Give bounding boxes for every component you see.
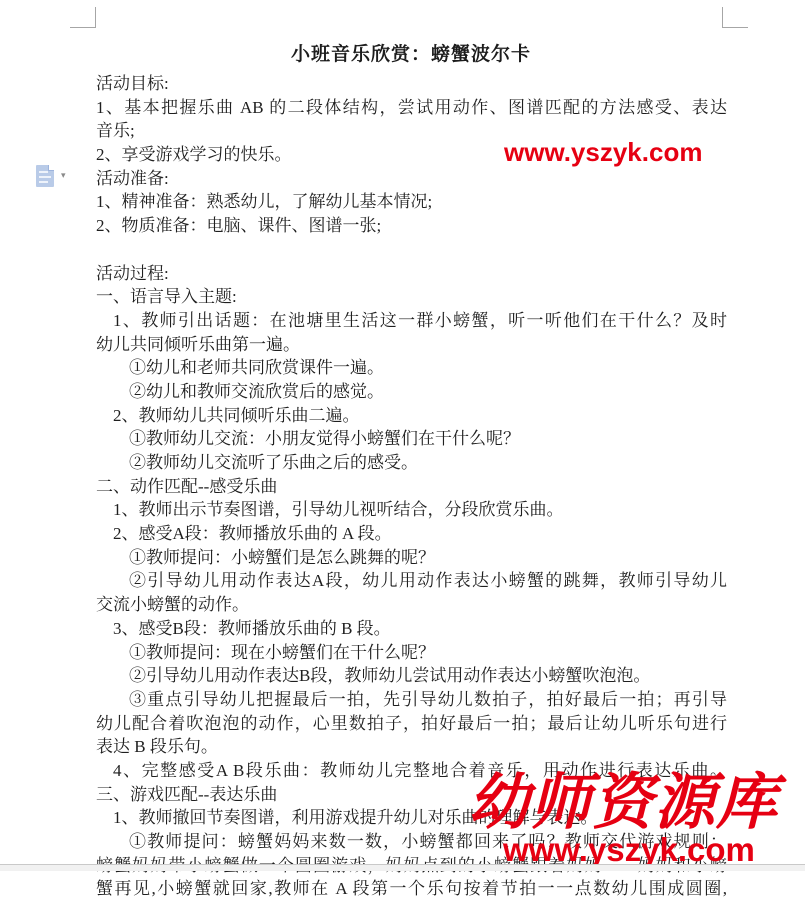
- text-line: ③重点引导幼儿把握最后一拍，先引导幼儿数拍子，拍好最后一拍；再引导: [96, 688, 727, 712]
- text-line: 活动准备:: [96, 167, 727, 191]
- text-line: ②引导幼儿用动作表达B段，教师幼儿尝试用动作表达小螃蟹吹泡泡。: [96, 664, 727, 688]
- text-line: [96, 238, 727, 262]
- page-bottom-edge: [0, 864, 805, 871]
- text-line: 活动过程:: [96, 262, 727, 286]
- paste-document-icon: [36, 165, 54, 187]
- text-line: 交流小螃蟹的动作。: [96, 593, 727, 617]
- text-line: 3、感受B段：教师播放乐曲的 B 段。: [96, 617, 727, 641]
- document-body-lines: 活动目标:1、基本把握乐曲 AB 的二段体结构，尝试用动作、图谱匹配的方法感受、…: [96, 72, 727, 871]
- text-line: 1、基本把握乐曲 AB 的二段体结构，尝试用动作、图谱匹配的方法感受、表达: [96, 96, 727, 120]
- text-line: ①幼儿和老师共同欣赏课件一遍。: [96, 356, 727, 380]
- document-title: 小班音乐欣赏：螃蟹波尔卡: [96, 39, 726, 66]
- text-line: ②幼儿和教师交流欣赏后的感觉。: [96, 380, 727, 404]
- text-line: 1、教师引出话题：在池塘里生活这一群小螃蟹，听一听他们在干什么？及时: [96, 309, 727, 333]
- text-boundary-corner-mark-top-left: [70, 7, 96, 28]
- text-line: 2、教师幼儿共同倾听乐曲二遍。: [96, 404, 727, 428]
- chevron-down-icon[interactable]: ▾: [61, 171, 66, 181]
- watermark-brand-text: 幼师资源库: [468, 770, 778, 834]
- watermark-site-url-top: www.yszyk.com: [504, 137, 702, 168]
- text-line: 幼儿配合着吹泡泡的动作，心里数拍子，拍好最后一拍；最后让幼儿听乐句进行: [96, 712, 727, 736]
- text-line: 1、精神准备：熟悉幼儿，了解幼儿基本情况;: [96, 190, 727, 214]
- text-line: 幼儿共同倾听乐曲第一遍。: [96, 333, 727, 357]
- text-boundary-corner-mark-top-right: [722, 7, 748, 28]
- text-line: 表达 B 段乐句。: [96, 735, 727, 759]
- text-line: 2、感受A段：教师播放乐曲的 A 段。: [96, 522, 727, 546]
- text-line: ①教师幼儿交流：小朋友觉得小螃蟹们在干什么呢？: [96, 427, 727, 451]
- text-line: ①教师提问：现在小螃蟹们在干什么呢？: [96, 641, 727, 665]
- text-line: 2、物质准备：电脑、课件、图谱一张;: [96, 214, 727, 238]
- document-page[interactable]: ▾ 小班音乐欣赏：螃蟹波尔卡 活动目标:1、基本把握乐曲 AB 的二段体结构，尝…: [0, 0, 805, 871]
- text-line: ①教师提问：小螃蟹们是怎么跳舞的呢？: [96, 546, 727, 570]
- text-line: ②教师幼儿交流听了乐曲之后的感受。: [96, 451, 727, 475]
- text-line: 1、教师出示节奏图谱，引导幼儿视听结合，分段欣赏乐曲。: [96, 498, 727, 522]
- paste-options-button[interactable]: ▾: [36, 165, 72, 191]
- text-line: 一、语言导入主题:: [96, 285, 727, 309]
- text-line: ②引导幼儿用动作表达A段，幼儿用动作表达小螃蟹的跳舞，教师引导幼儿: [96, 569, 727, 593]
- text-line: 二、动作匹配--感受乐曲: [96, 475, 727, 499]
- text-line: 活动目标:: [96, 72, 727, 96]
